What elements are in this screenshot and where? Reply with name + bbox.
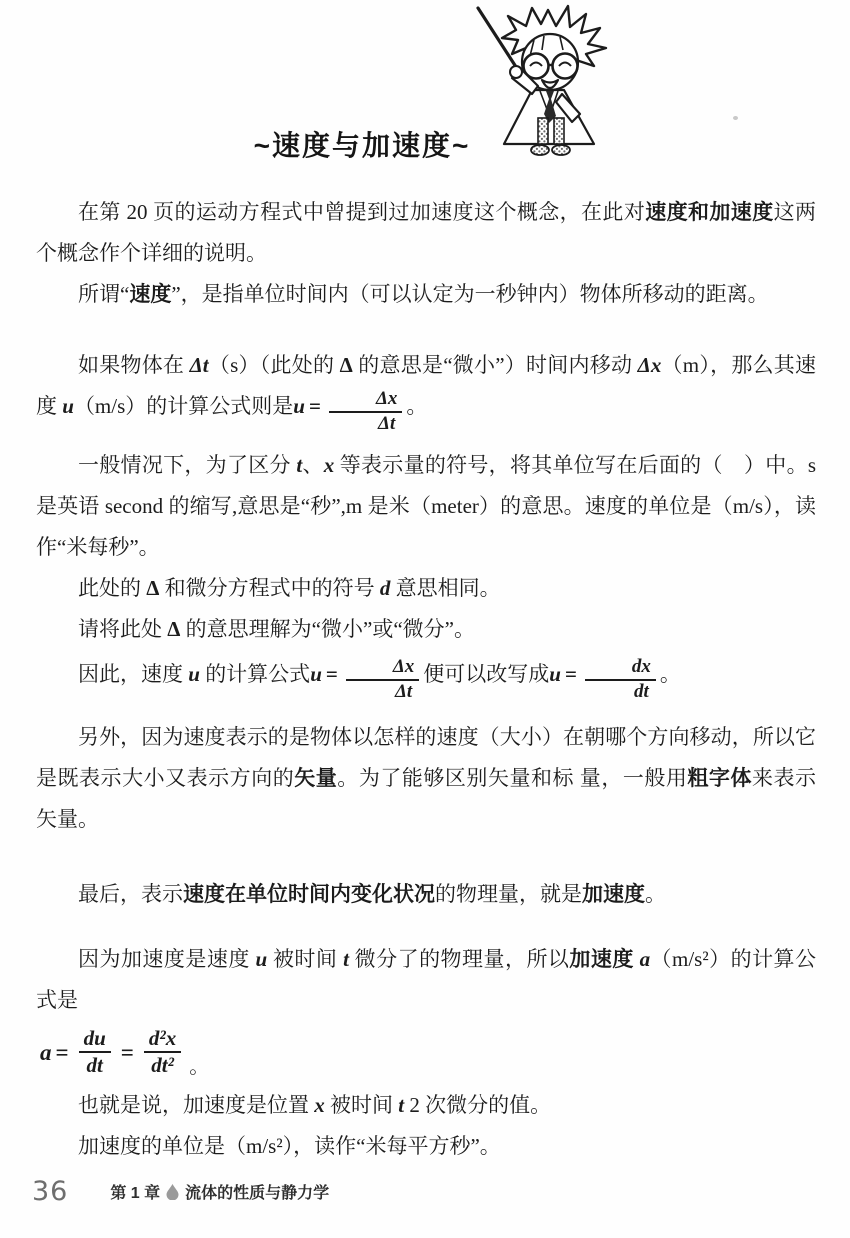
fraction: ΔxΔt bbox=[329, 389, 402, 435]
equals-sign: = bbox=[121, 1041, 134, 1064]
symbol-delta: Δ bbox=[340, 353, 353, 377]
text-segment: 。为了能够区别矢量和标 量，一般用 bbox=[337, 766, 687, 790]
text-segment: 和微分方程式中的符号 bbox=[159, 576, 380, 600]
variable-d: d bbox=[380, 576, 391, 600]
chapter-title: 流体的性质与静力学 bbox=[185, 1180, 329, 1203]
fraction-denominator: dt bbox=[79, 1053, 111, 1077]
text-segment: ”，是指单位时间内（可以认定为一秒钟内）物体所移动的距离。 bbox=[171, 282, 768, 306]
text-segment: 因此，速度 bbox=[78, 662, 188, 686]
variable-x: x bbox=[324, 453, 335, 477]
formula-lhs: u bbox=[310, 662, 322, 686]
text-segment: （s）（此处的 bbox=[209, 353, 340, 377]
paragraph-delta-meaning: 请将此处 Δ 的意思理解为“微小”或“微分”。 bbox=[36, 609, 816, 650]
text-segment: 的计算公式 bbox=[200, 662, 310, 686]
bold-term: 速度在单位时间内变化状况 bbox=[183, 882, 435, 906]
chapter-heading: 第 1 章 流体的性质与静力学 bbox=[110, 1180, 329, 1203]
text-segment: 。 bbox=[660, 662, 681, 686]
paragraph-rewrite-formula: 因此，速度 u 的计算公式u=ΔxΔt便可以改写成u=dxdt。 bbox=[36, 654, 816, 703]
paragraph-second-derivative: 也就是说，加速度是位置 x 被时间 t 2 次微分的值。 bbox=[36, 1085, 816, 1126]
variable-a: a bbox=[640, 947, 651, 971]
text-segment: 被时间 bbox=[325, 1093, 399, 1117]
paragraph-acceleration-unit: 加速度的单位是（m/s²），读作“米每平方秒”。 bbox=[36, 1126, 816, 1167]
variable-delta-t: Δt bbox=[190, 353, 209, 377]
variable-x: x bbox=[314, 1093, 325, 1117]
fraction-denominator: dt² bbox=[144, 1053, 181, 1077]
fist-icon bbox=[510, 66, 522, 78]
page-number: 36 bbox=[32, 1176, 68, 1207]
variable-delta-x: Δx bbox=[638, 353, 662, 377]
velocity-differential-formula: u=dxdt bbox=[549, 662, 660, 686]
bold-term-boldface: 粗字体 bbox=[687, 766, 752, 790]
fraction: dudt bbox=[79, 1027, 111, 1077]
page-footer: 36 第 1 章 流体的性质与静力学 bbox=[32, 1176, 732, 1207]
text-segment: 2 次微分的值。 bbox=[404, 1093, 551, 1117]
fraction: dxdt bbox=[585, 657, 656, 703]
symbol-delta: Δ bbox=[167, 617, 180, 641]
text-segment: 。 bbox=[645, 882, 666, 906]
paragraph-intro: 在第 20 页的运动方程式中曾提到过加速度这个概念，在此对速度和加速度这两个概念… bbox=[36, 192, 816, 274]
velocity-delta-formula: u=ΔxΔt bbox=[293, 394, 406, 418]
equals-sign: = bbox=[565, 662, 577, 686]
text-segment: 加速度的单位是（m/s²），读作“米每平方秒”。 bbox=[78, 1134, 501, 1158]
water-drop-icon bbox=[165, 1183, 180, 1200]
fraction-numerator: d²x bbox=[144, 1027, 181, 1053]
period-mark: 。 bbox=[189, 1057, 209, 1077]
text-segment: 微分了的物理量，所以 bbox=[349, 947, 569, 971]
paragraph-units-explanation: 一般情况下，为了区分 t、x 等表示量的符号，将其单位写在后面的（ ）中。s 是… bbox=[36, 445, 816, 568]
text-segment: 也就是说，加速度是位置 bbox=[78, 1093, 314, 1117]
bold-term: 速度和加速度 bbox=[645, 200, 773, 224]
variable-u: u bbox=[62, 394, 74, 418]
bold-term: 速度 bbox=[129, 282, 171, 306]
text-segment: 的意思是“微小”）时间内移动 bbox=[353, 353, 638, 377]
fraction-numerator: Δx bbox=[329, 389, 402, 413]
fraction: d²xdt² bbox=[144, 1027, 181, 1077]
equals-sign: = bbox=[309, 394, 321, 418]
formula-lhs: u bbox=[549, 662, 561, 686]
text-segment: 、 bbox=[302, 453, 324, 477]
text-segment: 请将此处 bbox=[78, 617, 167, 641]
equals-sign: = bbox=[326, 662, 338, 686]
paragraph-delta-same-as-d: 此处的 Δ 和微分方程式中的符号 d 意思相同。 bbox=[36, 568, 816, 609]
scan-speck bbox=[733, 116, 738, 120]
bold-term-vector: 矢量 bbox=[294, 766, 337, 790]
formula-lhs: u bbox=[293, 394, 305, 418]
text-segment: 意思相同。 bbox=[390, 576, 500, 600]
text-segment: 一般情况下，为了区分 bbox=[78, 453, 296, 477]
chapter-label: 第 1 章 bbox=[110, 1180, 160, 1203]
acceleration-formula: a=dudt=d²xdt²。 bbox=[40, 1027, 816, 1077]
paragraph-vector-explanation: 另外，因为速度表示的是物体以怎样的速度（大小）在朝哪个方向移动，所以它是既表示大… bbox=[36, 717, 816, 840]
book-page: ~速度与加速度~ 在第 20 页的运动方程式中曾提到过加速度这个概念，在此对速度… bbox=[0, 0, 850, 1238]
variable-u: u bbox=[188, 662, 200, 686]
variable-u: u bbox=[256, 947, 268, 971]
fraction-numerator: dx bbox=[585, 657, 656, 681]
text-segment: 最后，表示 bbox=[78, 882, 183, 906]
velocity-delta-formula: u=ΔxΔt bbox=[310, 662, 423, 686]
fraction-denominator: dt bbox=[585, 681, 656, 703]
paragraph-velocity-formula: 如果物体在 Δt（s）（此处的 Δ 的意思是“微小”）时间内移动 Δx（m），那… bbox=[36, 345, 816, 435]
text-segment: 便可以改写成 bbox=[423, 662, 549, 686]
symbol-delta: Δ bbox=[146, 576, 159, 600]
equals-sign: = bbox=[56, 1041, 69, 1064]
paragraph-velocity-definition: 所谓“速度”，是指单位时间内（可以认定为一秒钟内）物体所移动的距离。 bbox=[36, 274, 816, 315]
fraction-denominator: Δt bbox=[329, 413, 402, 435]
text-segment: 的物理量，就是 bbox=[435, 882, 582, 906]
fraction-numerator: Δx bbox=[346, 657, 419, 681]
text-segment: 被时间 bbox=[267, 947, 343, 971]
text-segment: 的意思理解为“微小”或“微分”。 bbox=[180, 617, 475, 641]
bold-term-acceleration: 加速度 bbox=[569, 947, 639, 971]
bold-term-acceleration: 加速度 bbox=[582, 882, 645, 906]
formula-lhs: a bbox=[40, 1041, 52, 1064]
text-segment: 因为加速度是速度 bbox=[78, 947, 256, 971]
section-title: ~速度与加速度~ bbox=[0, 124, 724, 164]
text-segment: 此处的 bbox=[78, 576, 146, 600]
fraction-denominator: Δt bbox=[346, 681, 419, 703]
text-segment: 如果物体在 bbox=[78, 353, 190, 377]
text-segment: （m/s）的计算公式则是 bbox=[74, 394, 293, 418]
paragraph-acceleration-formula-intro: 因为加速度是速度 u 被时间 t 微分了的物理量，所以加速度 a（m/s²）的计… bbox=[36, 939, 816, 1021]
text-segment: 。 bbox=[406, 394, 427, 418]
main-text-column: 在第 20 页的运动方程式中曾提到过加速度这个概念，在此对速度和加速度这两个概念… bbox=[36, 192, 816, 1167]
paragraph-acceleration-definition: 最后，表示速度在单位时间内变化状况的物理量，就是加速度。 bbox=[36, 874, 816, 915]
fraction: ΔxΔt bbox=[346, 657, 419, 703]
text-segment: 在第 20 页的运动方程式中曾提到过加速度这个概念，在此对 bbox=[78, 200, 645, 224]
text-segment: 所谓“ bbox=[78, 282, 129, 306]
fraction-numerator: du bbox=[79, 1027, 111, 1053]
